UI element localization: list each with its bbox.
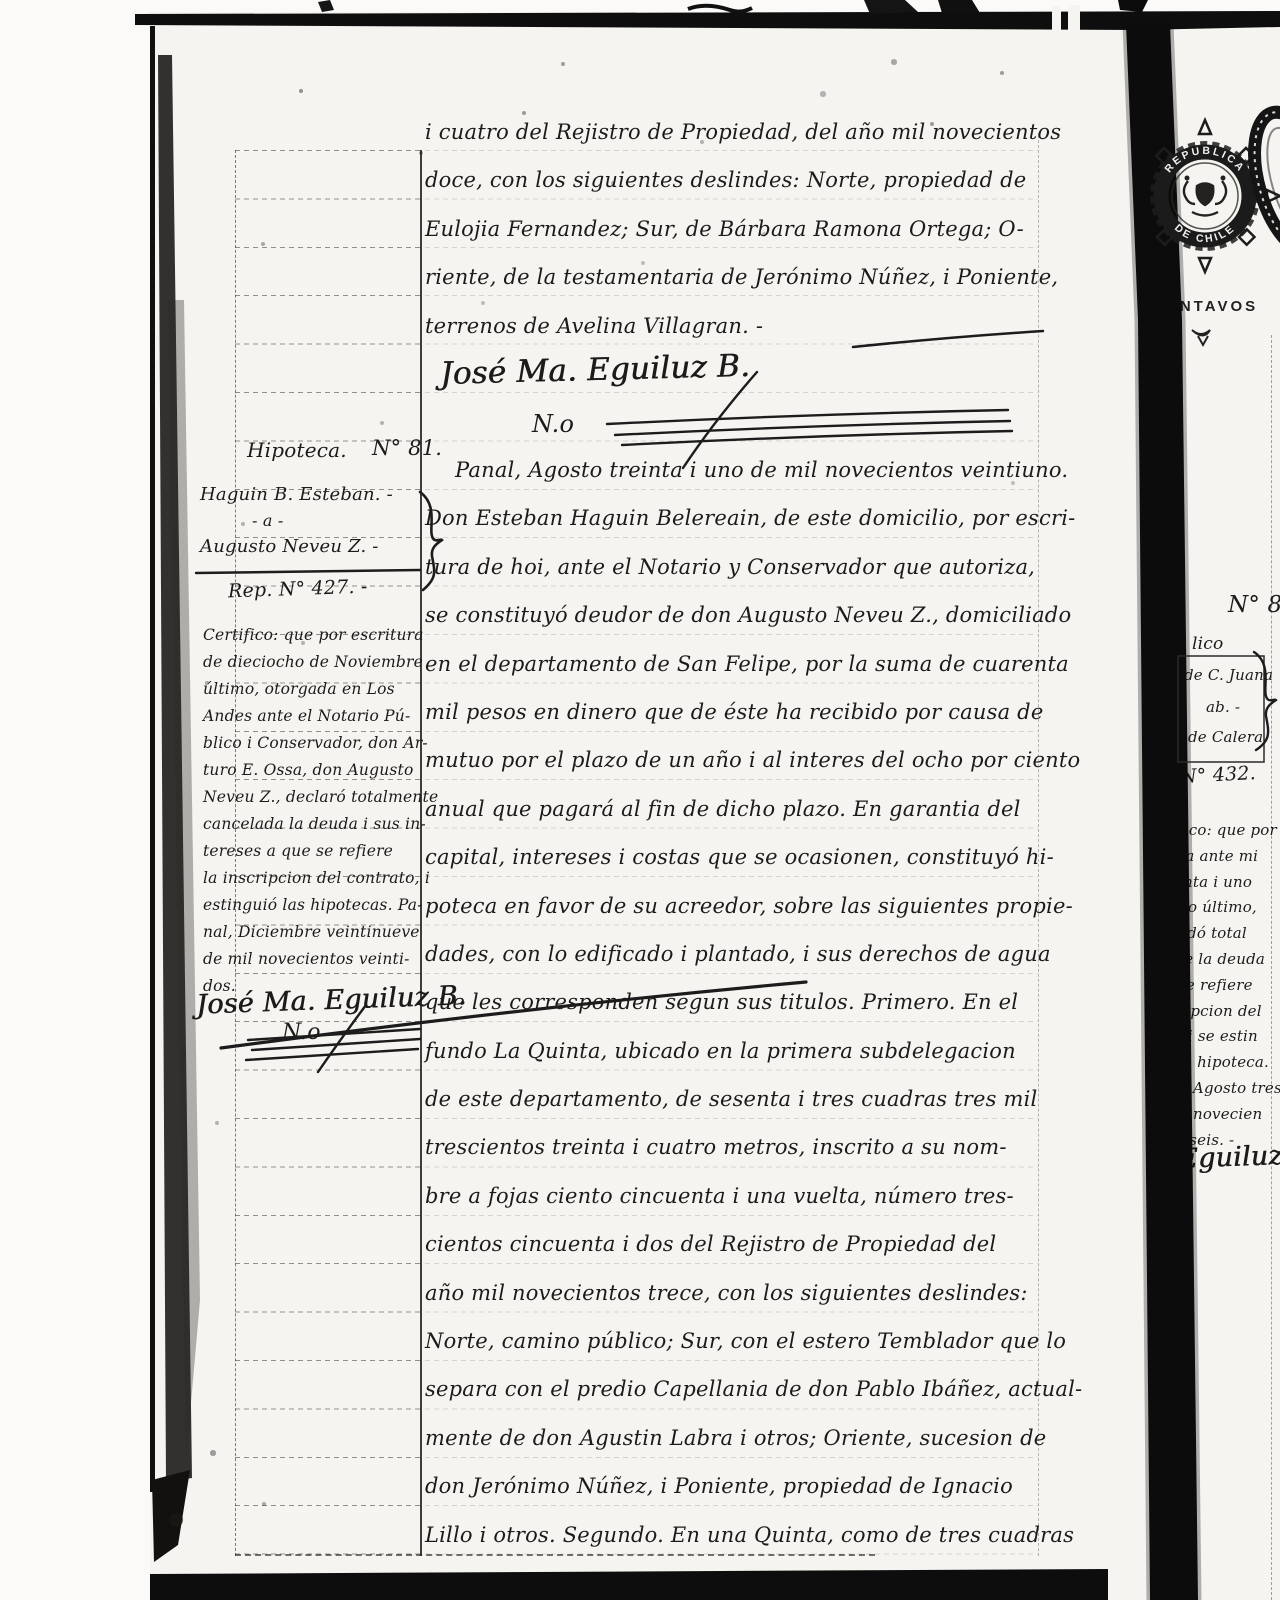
text-line: riente, de la testamentaria de Jerónimo … [425, 253, 1061, 301]
text-line: Panal, Agosto treinta i uno de mil novec… [425, 446, 1082, 494]
text-line: cancelada la deuda i sus in- [203, 811, 438, 838]
seal-bottom-text: DE CHILE [1172, 222, 1238, 245]
text-line: , i se estin [1178, 1024, 1280, 1050]
text-line: terrenos de Avelina Villagran. - [425, 302, 1061, 350]
text-line: en el departamento de San Felipe, por la… [425, 640, 1082, 688]
text-line: dades, con lo edificado i plantado, i su… [425, 930, 1082, 978]
text-line: capital, intereses i costas que se ocasi… [425, 833, 1082, 881]
text-line: poteca en favor de su acreedor, sobre la… [425, 882, 1082, 930]
right-margin-fragment-2: de C. Juana [1184, 666, 1273, 684]
text-line: Haguin B. Esteban. - [200, 482, 393, 508]
text-line: te la deuda [1178, 947, 1280, 973]
text-line: Augusto Neveu Z. - [200, 534, 393, 560]
text-line: ra ante mi [1178, 844, 1280, 870]
text-line: año mil novecientos trece, con los sigui… [425, 1269, 1082, 1317]
right-margin-fragment-1: lico [1192, 634, 1223, 654]
text-line: ripcion del [1178, 999, 1280, 1025]
text-line: nal, Diciembre veintinueve [203, 919, 438, 946]
centavos-ornament [1192, 330, 1210, 345]
text-line: il novecien [1178, 1102, 1280, 1128]
text-line: se refiere [1178, 973, 1280, 999]
text-line: Eulojia Fernandez; Sur, de Bárbara Ramon… [425, 205, 1061, 253]
right-signature-fragment: Eguiluz [1177, 1140, 1280, 1175]
text-line: l, Agosto tres [1178, 1076, 1280, 1102]
text-line: tereses a que se refiere [203, 838, 438, 865]
text-line: fico: que por [1178, 818, 1280, 844]
svg-text:REPUBLICA: REPUBLICA [1162, 145, 1247, 175]
text-line: Certifico: que por escritura [203, 622, 438, 649]
outer-margin-top [0, 0, 1280, 12]
text-line: mil pesos en dinero que de éste ha recib… [425, 688, 1082, 736]
text-line: de mil novecientos veinti- [203, 946, 438, 973]
text-line: fundo La Quinta, ubicado en la primera s… [425, 1027, 1082, 1075]
partial-edge-stamp [1240, 104, 1280, 261]
outer-margin-left [0, 0, 150, 1600]
text-line: Norte, camino público; Sur, con el ester… [425, 1317, 1082, 1365]
text-line: don Jerónimo Núñez, i Poniente, propieda… [425, 1462, 1082, 1510]
entry-81-text: Panal, Agosto treinta i uno de mil novec… [425, 446, 1082, 1559]
text-line: Neveu Z., declaró totalmente [203, 784, 438, 811]
text-line: - a - [200, 508, 393, 534]
text-line: cientos cincuenta i dos del Rejistro de … [425, 1220, 1082, 1268]
margin-parties: Haguin B. Esteban. -- a -Augusto Neveu Z… [200, 482, 393, 560]
text-line: bre a fojas ciento cincuenta i una vuelt… [425, 1172, 1082, 1220]
right-margin-number-large: N° 8 [1228, 592, 1280, 618]
text-line: inta i uno [1178, 870, 1280, 896]
bottom-scan-border [150, 1569, 1108, 1600]
text-line: Don Esteban Haguin Belereain, de este do… [425, 494, 1082, 542]
scan-noise-speckles [0, 0, 2, 2]
text-line: i cuatro del Rejistro de Propiedad, del … [425, 108, 1061, 156]
text-line: último, otorgada en Los [203, 676, 438, 703]
scanned-register-page: i cuatro del Rejistro de Propiedad, del … [0, 0, 1280, 1600]
text-line: Andes ante el Notario Pú- [203, 703, 438, 730]
text-line: blico i Conservador, don Ar- [203, 730, 438, 757]
prev-entry-text: i cuatro del Rejistro de Propiedad, del … [425, 108, 1061, 350]
stamp-denomination: CENTAVOS [1153, 298, 1258, 315]
text-line: anual que pagará al fin de dicho plazo. … [425, 785, 1082, 833]
margin-cancellation-note: Certifico: que por escriturade dieciocho… [203, 622, 438, 1000]
text-line: de dieciocho de Noviembre [203, 649, 438, 676]
text-line: lio último, [1178, 895, 1280, 921]
gutter-bar [1126, 24, 1198, 1600]
prev-entry-flourish: N.o [532, 410, 574, 438]
text-line: tura de hoi, ante el Notario y Conservad… [425, 543, 1082, 591]
text-line: la hipoteca. [1178, 1050, 1280, 1076]
text-line: separa con el predio Capellania de don P… [425, 1365, 1082, 1413]
coat-of-arms [1184, 176, 1226, 216]
text-line: la inscripcion del contrato, i [203, 865, 438, 892]
left-scan-border [150, 26, 200, 1562]
text-line: mutuo por el plazo de un año i al intere… [425, 736, 1082, 784]
text-line: de este departamento, de sesenta i tres … [425, 1075, 1082, 1123]
seal-top-text: REPUBLICA [1162, 145, 1247, 175]
margin-flourish: N.o [282, 1020, 321, 1045]
text-line: turo E. Ossa, don Augusto [203, 757, 438, 784]
text-line: edó total [1178, 921, 1280, 947]
svg-text:DE CHILE: DE CHILE [1172, 222, 1238, 245]
text-line: doce, con los siguientes deslindes: Nort… [425, 156, 1061, 204]
text-line: mente de don Agustin Labra i otros; Orie… [425, 1414, 1082, 1462]
right-margin-fragment-3: ab. - [1206, 698, 1240, 716]
margin-entry-title: Hipoteca. [247, 438, 347, 462]
text-line: se constituyó deudor de don Augusto Neve… [425, 591, 1082, 639]
text-line: trescientos treinta i cuatro metros, ins… [425, 1123, 1082, 1171]
text-line: estinguió las hipotecas. Pa- [203, 892, 438, 919]
right-margin-fragment-4: de Calera. [1188, 728, 1268, 746]
right-body-fragments: fico: que porra ante miinta i unolio últ… [1178, 818, 1280, 1153]
text-line: Lillo i otros. Segundo. En una Quinta, c… [425, 1511, 1082, 1559]
text-line: que les corresponden segun sus titulos. … [425, 978, 1082, 1026]
right-margin-repertoire: N° 432. [1179, 762, 1256, 788]
